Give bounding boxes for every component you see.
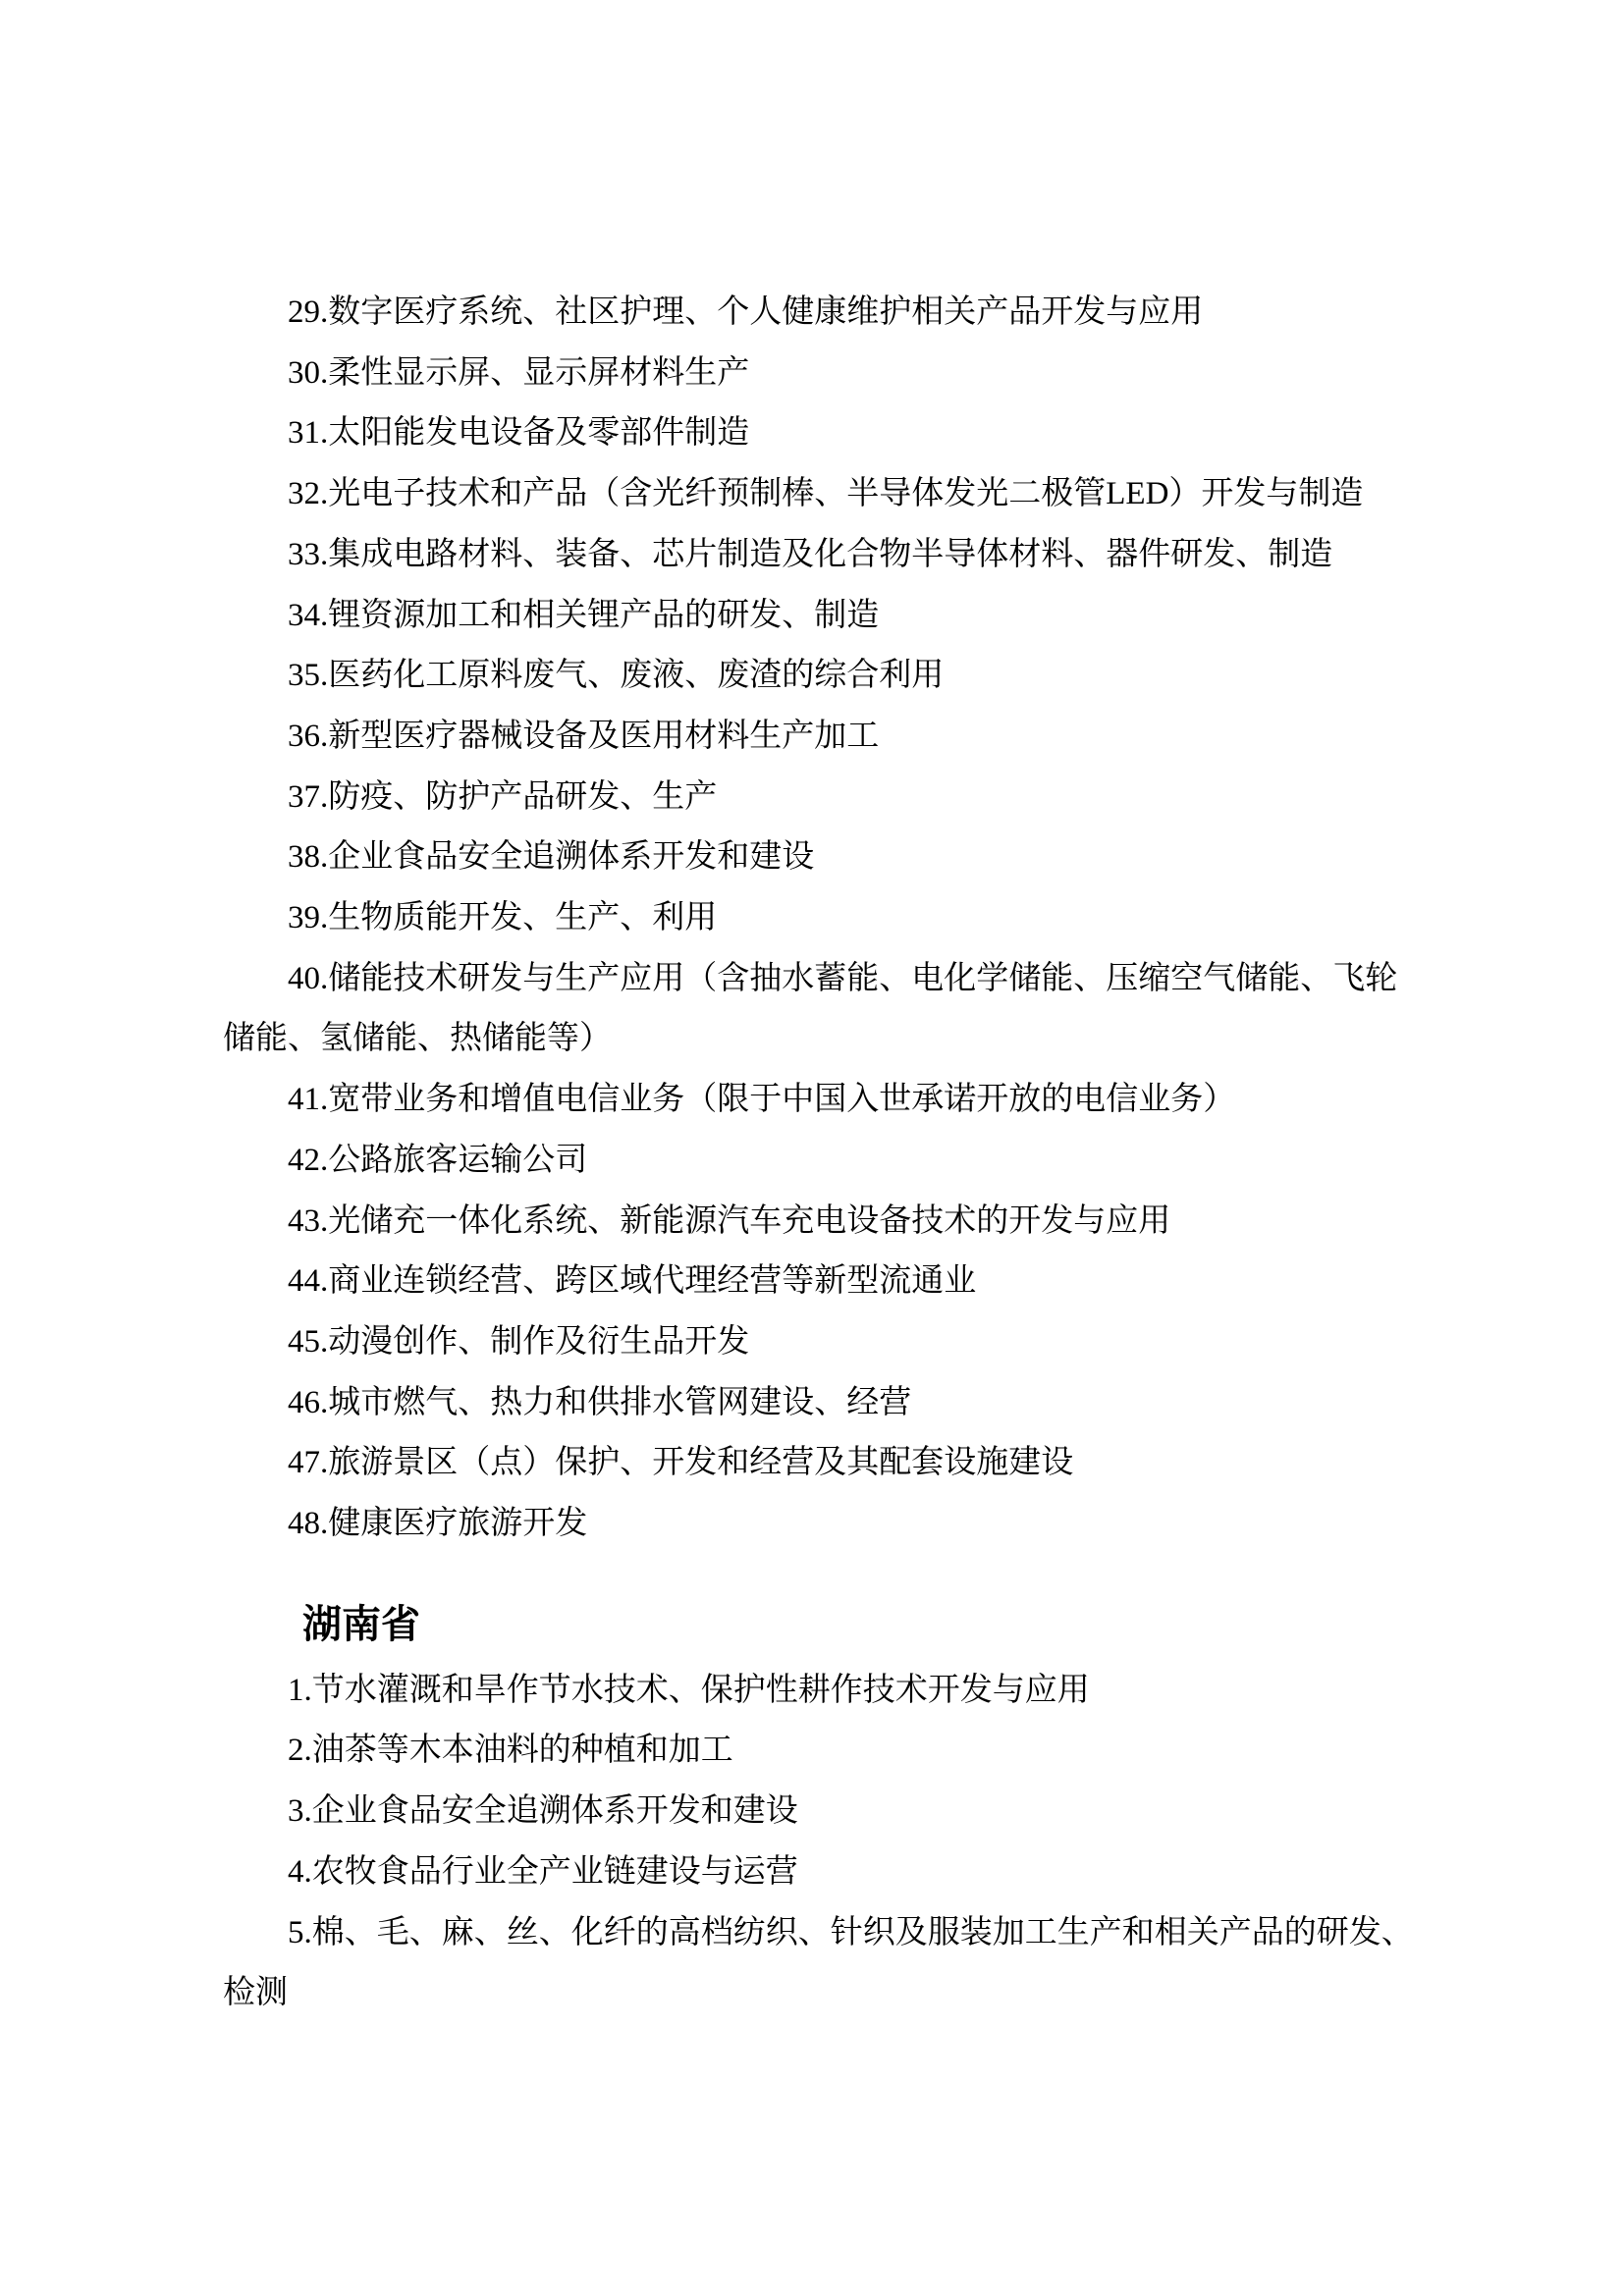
- list-item: 35.医药化工原料废气、废液、废渣的综合利用: [223, 646, 1578, 707]
- list-item: 34.锂资源加工和相关锂产品的研发、制造: [223, 586, 1578, 647]
- document-content: 29.数字医疗系统、社区护理、个人健康维护相关产品开发与应用30.柔性显示屏、显…: [223, 283, 1578, 2024]
- hunan-industry-list: 1.节水灌溉和旱作节水技术、保护性耕作技术开发与应用2.油茶等木本油料的种植和加…: [223, 1661, 1578, 2024]
- list-item: 33.集成电路材料、装备、芯片制造及化合物半导体材料、器件研发、制造: [223, 525, 1578, 586]
- list-item: 44.商业连锁经营、跨区域代理经营等新型流通业: [223, 1252, 1578, 1312]
- list-item: 48.健康医疗旅游开发: [223, 1494, 1578, 1555]
- continued-industry-list: 29.数字医疗系统、社区护理、个人健康维护相关产品开发与应用30.柔性显示屏、显…: [223, 283, 1578, 1555]
- list-item: 31.太阳能发电设备及零部件制造: [223, 403, 1578, 464]
- list-item: 1.节水灌溉和旱作节水技术、保护性耕作技术开发与应用: [223, 1661, 1578, 1722]
- list-item: 29.数字医疗系统、社区护理、个人健康维护相关产品开发与应用: [223, 283, 1578, 344]
- list-item: 32.光电子技术和产品（含光纤预制棒、半导体发光二极管LED）开发与制造: [223, 464, 1578, 525]
- section-heading-hunan: 湖南省: [302, 1594, 1578, 1655]
- list-item: 38.企业食品安全追溯体系开发和建设: [223, 828, 1578, 888]
- list-item: 40.储能技术研发与生产应用（含抽水蓄能、电化学储能、压缩空气储能、飞轮 储能、…: [223, 949, 1578, 1070]
- list-item: 2.油茶等木本油料的种植和加工: [223, 1721, 1578, 1782]
- document-page: 29.数字医疗系统、社区护理、个人健康维护相关产品开发与应用30.柔性显示屏、显…: [0, 0, 1624, 2296]
- list-item: 42.公路旅客运输公司: [223, 1131, 1578, 1192]
- list-item: 43.光储充一体化系统、新能源汽车充电设备技术的开发与应用: [223, 1192, 1578, 1253]
- list-item: 36.新型医疗器械设备及医用材料生产加工: [223, 707, 1578, 768]
- list-item: 45.动漫创作、制作及衍生品开发: [223, 1312, 1578, 1373]
- list-item: 3.企业食品安全追溯体系开发和建设: [223, 1782, 1578, 1842]
- list-item: 46.城市燃气、热力和供排水管网建设、经营: [223, 1373, 1578, 1434]
- list-item: 37.防疫、防护产品研发、生产: [223, 768, 1578, 828]
- list-item: 47.旅游景区（点）保护、开发和经营及其配套设施建设: [223, 1433, 1578, 1494]
- list-item: 5.棉、毛、麻、丝、化纤的高档纺织、针织及服装加工生产和相关产品的研发、 检测: [223, 1903, 1578, 2024]
- list-item: 39.生物质能开发、生产、利用: [223, 888, 1578, 949]
- list-item: 41.宽带业务和增值电信业务（限于中国入世承诺开放的电信业务）: [223, 1070, 1578, 1131]
- list-item: 4.农牧食品行业全产业链建设与运营: [223, 1842, 1578, 1903]
- list-item: 30.柔性显示屏、显示屏材料生产: [223, 344, 1578, 404]
